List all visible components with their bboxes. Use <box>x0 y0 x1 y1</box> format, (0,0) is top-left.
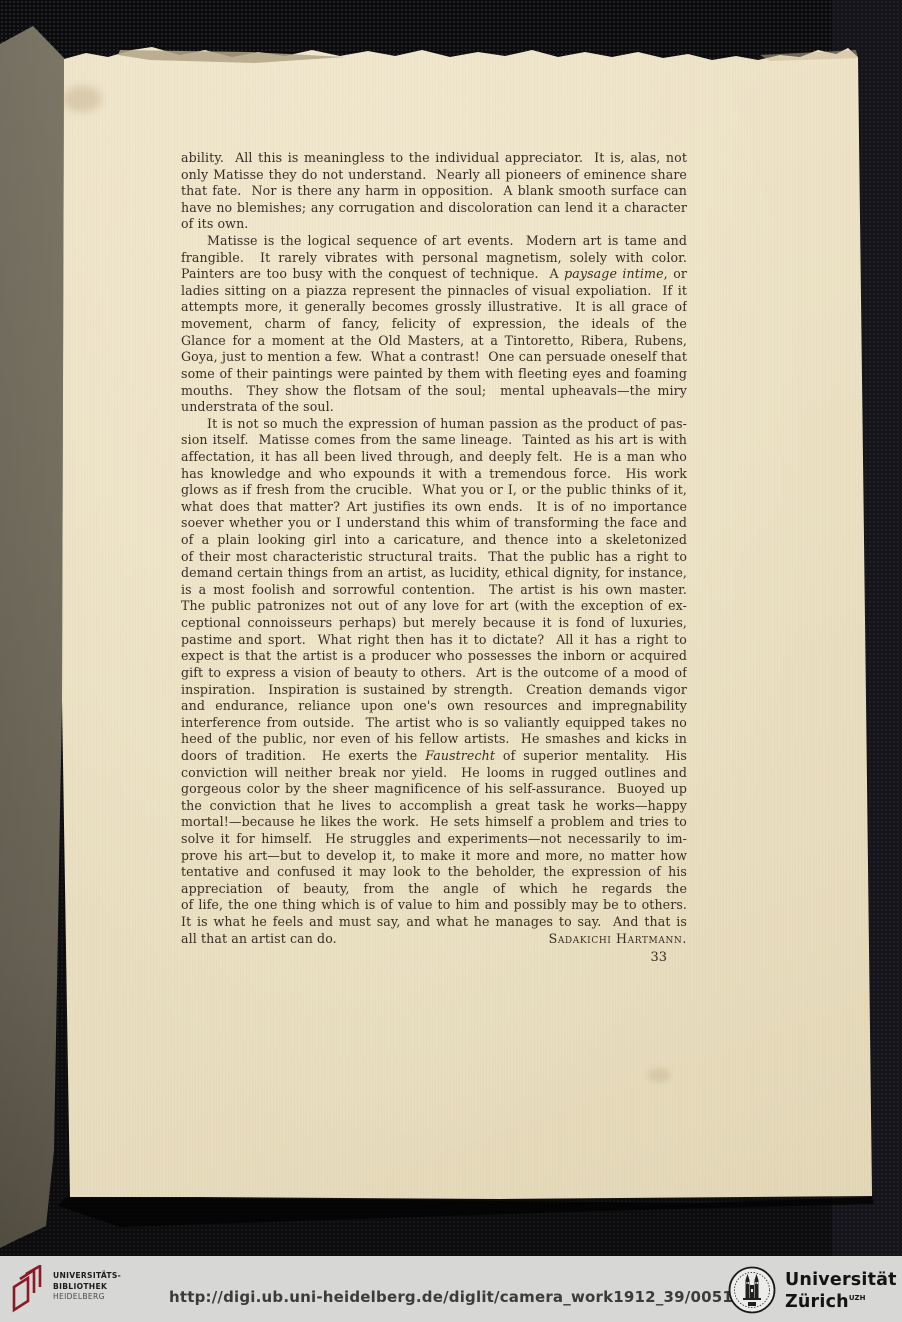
text-line: that fate. Nor is there any harm in oppo… <box>181 183 687 200</box>
text-line: all that an artist can do.Sadakichi Hart… <box>181 931 687 948</box>
text-line: of their most characteristic structural … <box>181 549 687 566</box>
text-line: ceptional connoisseurs perhaps) but mere… <box>181 615 687 632</box>
uzh-wordmark: Universität ZürichUZH <box>785 1271 897 1311</box>
text-line: has knowledge and who expounds it with a… <box>181 466 687 483</box>
text-line: Painters are too busy with the conquest … <box>181 266 687 283</box>
text-line: only Matisse they do not understand. Nea… <box>181 167 687 184</box>
text-line: glows as if fresh from the crucible. Wha… <box>181 482 687 499</box>
text-line: what does that matter? Art justifies its… <box>181 499 687 516</box>
text-line: ability. All this is meaningless to the … <box>181 150 687 167</box>
author-signature: Sadakichi Hartmann. <box>549 931 687 948</box>
text-line: It is not so much the expression of huma… <box>181 416 687 433</box>
page-text: ability. All this is meaningless to the … <box>181 150 687 947</box>
uzh-line1: Universität <box>785 1271 897 1289</box>
text-line: understrata of the soul. <box>181 399 687 416</box>
text-line: pastime and sport. What right then has i… <box>181 632 687 649</box>
text-line: soever whether you or I understand this … <box>181 515 687 532</box>
text-line: demand certain things from an artist, as… <box>181 565 687 582</box>
heidelberg-library-logo-icon <box>11 1265 49 1313</box>
page-number: 33 <box>181 950 667 965</box>
text-line: Matisse is the logical sequence of art e… <box>181 233 687 250</box>
text-line: mouths. They show the flotsam of the sou… <box>181 383 687 400</box>
text-line: Glance for a moment at the Old Masters, … <box>181 333 687 350</box>
text-line: tentative and confused it may look to th… <box>181 864 687 881</box>
text-line: Goya, just to mention a few. What a cont… <box>181 349 687 366</box>
text-line: doors of tradition. He exerts the Faustr… <box>181 748 687 765</box>
text-line: the conviction that he lives to accompli… <box>181 798 687 815</box>
text-line: and endurance, reliance upon one's own r… <box>181 698 687 715</box>
text-line: of a plain looking girl into a caricatur… <box>181 532 687 549</box>
text-line: conviction will neither break nor yield.… <box>181 765 687 782</box>
text-line: solve it for himself. He struggles and e… <box>181 831 687 848</box>
text-line: ladies sitting on a piazza represent the… <box>181 283 687 300</box>
paper-stain <box>62 86 102 112</box>
text-line: some of their paintings were painted by … <box>181 366 687 383</box>
text-line: attempts more, it generally becomes gros… <box>181 299 687 316</box>
uzh-seal-icon <box>727 1265 777 1315</box>
text-line: mortal!—because he likes the work. He se… <box>181 814 687 831</box>
text-line: affectation, it has all been lived throu… <box>181 449 687 466</box>
footer-bar: UNIVERSITÄTS- BIBLIOTHEK HEIDELBERG http… <box>0 1256 902 1322</box>
text-line: inspiration. Inspiration is sustained by… <box>181 682 687 699</box>
text-line: prove his art—but to develop it, to make… <box>181 848 687 865</box>
library-line1: UNIVERSITÄTS- <box>53 1271 121 1282</box>
text-line: of its own. <box>181 216 687 233</box>
paper-stain <box>648 1068 670 1082</box>
text-line: expect is that the artist is a producer … <box>181 648 687 665</box>
text-line: gorgeous color by the sheer magnificence… <box>181 781 687 798</box>
uzh-line2: ZürichUZH <box>785 1289 897 1311</box>
text-line: movement, charm of fancy, felicity of ex… <box>181 316 687 333</box>
text-line: sion itself. Matisse comes from the same… <box>181 432 687 449</box>
uzh-sup: UZH <box>849 1294 866 1302</box>
text-line: of life, the one thing which is of value… <box>181 897 687 914</box>
source-url[interactable]: http://digi.ub.uni-heidelberg.de/diglit/… <box>169 1288 733 1306</box>
scanned-book-photo: ability. All this is meaningless to the … <box>0 0 902 1322</box>
text-line: appreciation of beauty, from the angle o… <box>181 881 687 898</box>
library-line2: BIBLIOTHEK <box>53 1282 121 1293</box>
text-line: have no blemishes; any corrugation and d… <box>181 200 687 217</box>
library-line3: HEIDELBERG <box>53 1292 121 1303</box>
text-line: is a most foolish and sorrowful contenti… <box>181 582 687 599</box>
text-line: heed of the public, nor even of his fell… <box>181 731 687 748</box>
text-line: The public patronizes not out of any lov… <box>181 598 687 615</box>
text-line: interference from outside. The artist wh… <box>181 715 687 732</box>
text-line: It is what he feels and must say, and wh… <box>181 914 687 931</box>
text-line: frangible. It rarely vibrates with perso… <box>181 250 687 267</box>
heidelberg-library-label: UNIVERSITÄTS- BIBLIOTHEK HEIDELBERG <box>53 1271 121 1303</box>
text-line: gift to express a vision of beauty to ot… <box>181 665 687 682</box>
